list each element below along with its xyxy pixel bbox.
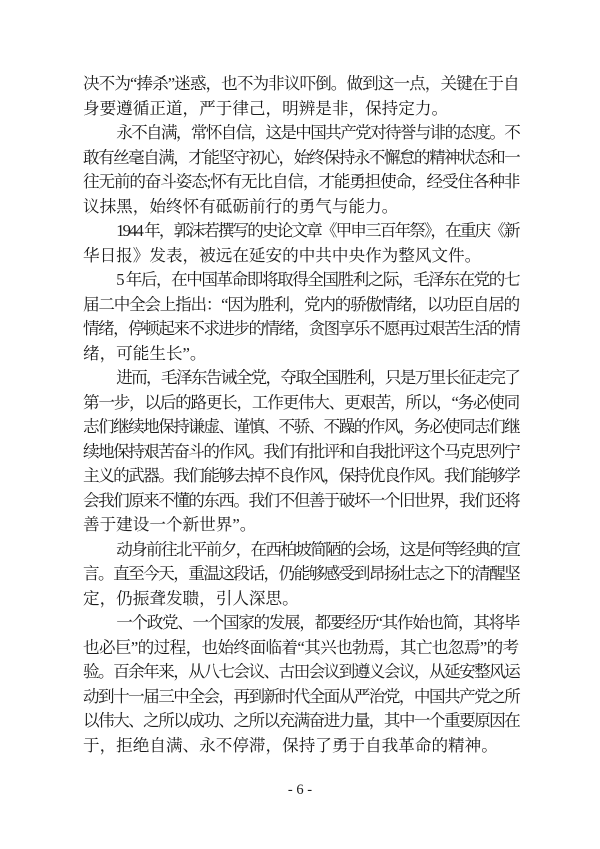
page-number: - 6 - [0,780,600,800]
paragraph: 决不为“捧杀”迷惑，也不为非议吓倒。做到这一点，关键在于自 身要遵循正道，严于律… [83,72,519,121]
text-line: 动身前往北平前夕，在西柏坡简陋的会场，这是何等经典的宣 [83,538,519,563]
page-body-text: 决不为“捧杀”迷惑，也不为非议吓倒。做到这一点，关键在于自 身要遵循正道，严于律… [83,72,519,758]
text-line: 议抹黑，始终怀有砥砺前行的勇气与能力。 [83,195,519,220]
text-line: 身要遵循正道，严于律己，明辨是非，保持定力。 [83,97,519,122]
text-line: 验。百余年来，从八七会议、古田会议到遵义会议，从延安整风运 [83,660,519,685]
text-line: 以伟大、之所以成功、之所以充满奋进力量，其中一个重要原因在 [83,709,519,734]
text-line: 定，仍振聋发聩，引人深思。 [83,587,519,612]
text-line: 届二中全会上指出：“因为胜利，党内的骄傲情绪，以功臣自居的 [83,293,519,318]
text-line: 动到十一届三中全会，再到新时代全面从严治党，中国共产党之所 [83,685,519,710]
paragraph: 1944 年，郭沫若撰写的史论文章《甲申三百年祭》，在重庆《新 华日报》发表，被… [83,219,519,268]
text-line: 主义的武器。我们能够去掉不良作风，保持优良作风。我们能够学 [83,464,519,489]
text-line: 情绪，停顿起来不求进步的情绪，贪图享乐不愿再过艰苦生活的情 [83,317,519,342]
text-line: 善于建设一个新世界”。 [83,513,519,538]
paragraph: 进而，毛泽东告诫全党，夺取全国胜利，只是万里长征走完了 第一步，以后的路更长，工… [83,366,519,538]
text-line: 1944 年，郭沫若撰写的史论文章《甲申三百年祭》，在重庆《新 [83,219,519,244]
text-line: 言。直至今天，重温这段话，仍能够感受到昂扬壮志之下的清醒坚 [83,562,519,587]
text-line: 会我们原来不懂的东西。我们不但善于破坏一个旧世界，我们还将 [83,489,519,514]
text-line: 5 年后，在中国革命即将取得全国胜利之际，毛泽东在党的七 [83,268,519,293]
text-line: 永不自满，常怀自信，这是中国共产党对待誉与诽的态度。不 [83,121,519,146]
text-line: 续地保持艰苦奋斗的作风。我们有批评和自我批评这个马克思列宁 [83,440,519,465]
text-line: 一个政党、一个国家的发展，都要经历“其作始也简，其将毕 [83,611,519,636]
paragraph: 永不自满，常怀自信，这是中国共产党对待誉与诽的态度。不 敢有丝毫自满，才能坚守初… [83,121,519,219]
text-line: 华日报》发表，被远在延安的中共中央作为整风文件。 [83,244,519,269]
document-page: 决不为“捧杀”迷惑，也不为非议吓倒。做到这一点，关键在于自 身要遵循正道，严于律… [0,0,600,849]
paragraph: 一个政党、一个国家的发展，都要经历“其作始也简，其将毕 也必巨”的过程，也始终面… [83,611,519,758]
text-line: 也必巨”的过程，也始终面临着“其兴也勃焉，其亡也忽焉”的考 [83,636,519,661]
text-line: 志们继续地保持谦虚、谨慎、不骄、不躁的作风，务必使同志们继 [83,415,519,440]
text-line: 第一步，以后的路更长，工作更伟大、更艰苦，所以，“务必使同 [83,391,519,416]
text-line: 进而，毛泽东告诫全党，夺取全国胜利，只是万里长征走完了 [83,366,519,391]
text-line: 于，拒绝自满、永不停滞，保持了勇于自我革命的精神。 [83,734,519,759]
paragraph: 动身前往北平前夕，在西柏坡简陋的会场，这是何等经典的宣 言。直至今天，重温这段话… [83,538,519,612]
text-line: 决不为“捧杀”迷惑，也不为非议吓倒。做到这一点，关键在于自 [83,72,519,97]
text-line: 绪，可能生长”。 [83,342,519,367]
paragraph: 5 年后，在中国革命即将取得全国胜利之际，毛泽东在党的七 届二中全会上指出：“因… [83,268,519,366]
text-line: 往无前的奋斗姿态;怀有无比自信，才能勇担使命，经受住各种非 [83,170,519,195]
text-line: 敢有丝毫自满，才能坚守初心，始终保持永不懈怠的精神状态和一 [83,146,519,171]
